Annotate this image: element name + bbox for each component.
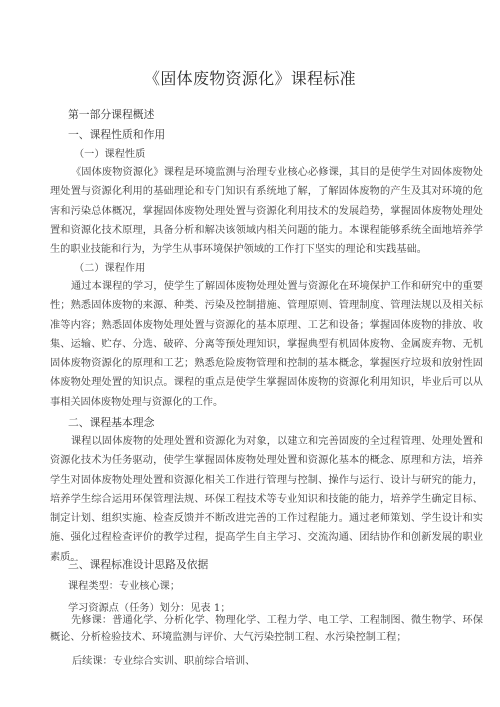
part1-heading: 第一部分课程概述 [68,108,154,122]
subsection-course-nature-heading: （一）课程性质 [74,148,145,162]
course-nature-paragraph: 《固体废物资源化》课程是环境监测与治理专业核心必修课，其目的是使学生对固体废物处… [50,163,483,259]
subsection-course-role-heading: （二）课程作用 [74,262,145,276]
section2-heading: 二、课程基本理念 [68,416,154,430]
prerequisites-paragraph: 先修课：普通化学、分析化学、物理化学、工程力学、电工学、工程制图、微生物学、环保… [50,612,483,646]
course-type-line: 课程类型：专业核心课； [68,580,180,594]
document-title: 《固体废物资源化》课程标准 [0,66,500,89]
basic-philosophy-paragraph: 课程以固体废物的处理处置和资源化为对象，以建立和完善固废的全过程管理、处理处置和… [50,432,483,567]
section1-heading: 一、课程性质和作用 [68,128,165,142]
course-role-paragraph: 通过本课程的学习，使学生了解固体废物处理处置与资源化在环境保护工作和研究中的重要… [50,277,483,412]
followup-courses-line: 后续课：专业综合实训、职前综合培训、 [72,655,255,669]
document-page: 《固体废物资源化》课程标准 第一部分课程概述 一、课程性质和作用 （一）课程性质… [0,0,500,707]
section3-heading: 三、课程标准设计思路及依据 [68,558,208,572]
